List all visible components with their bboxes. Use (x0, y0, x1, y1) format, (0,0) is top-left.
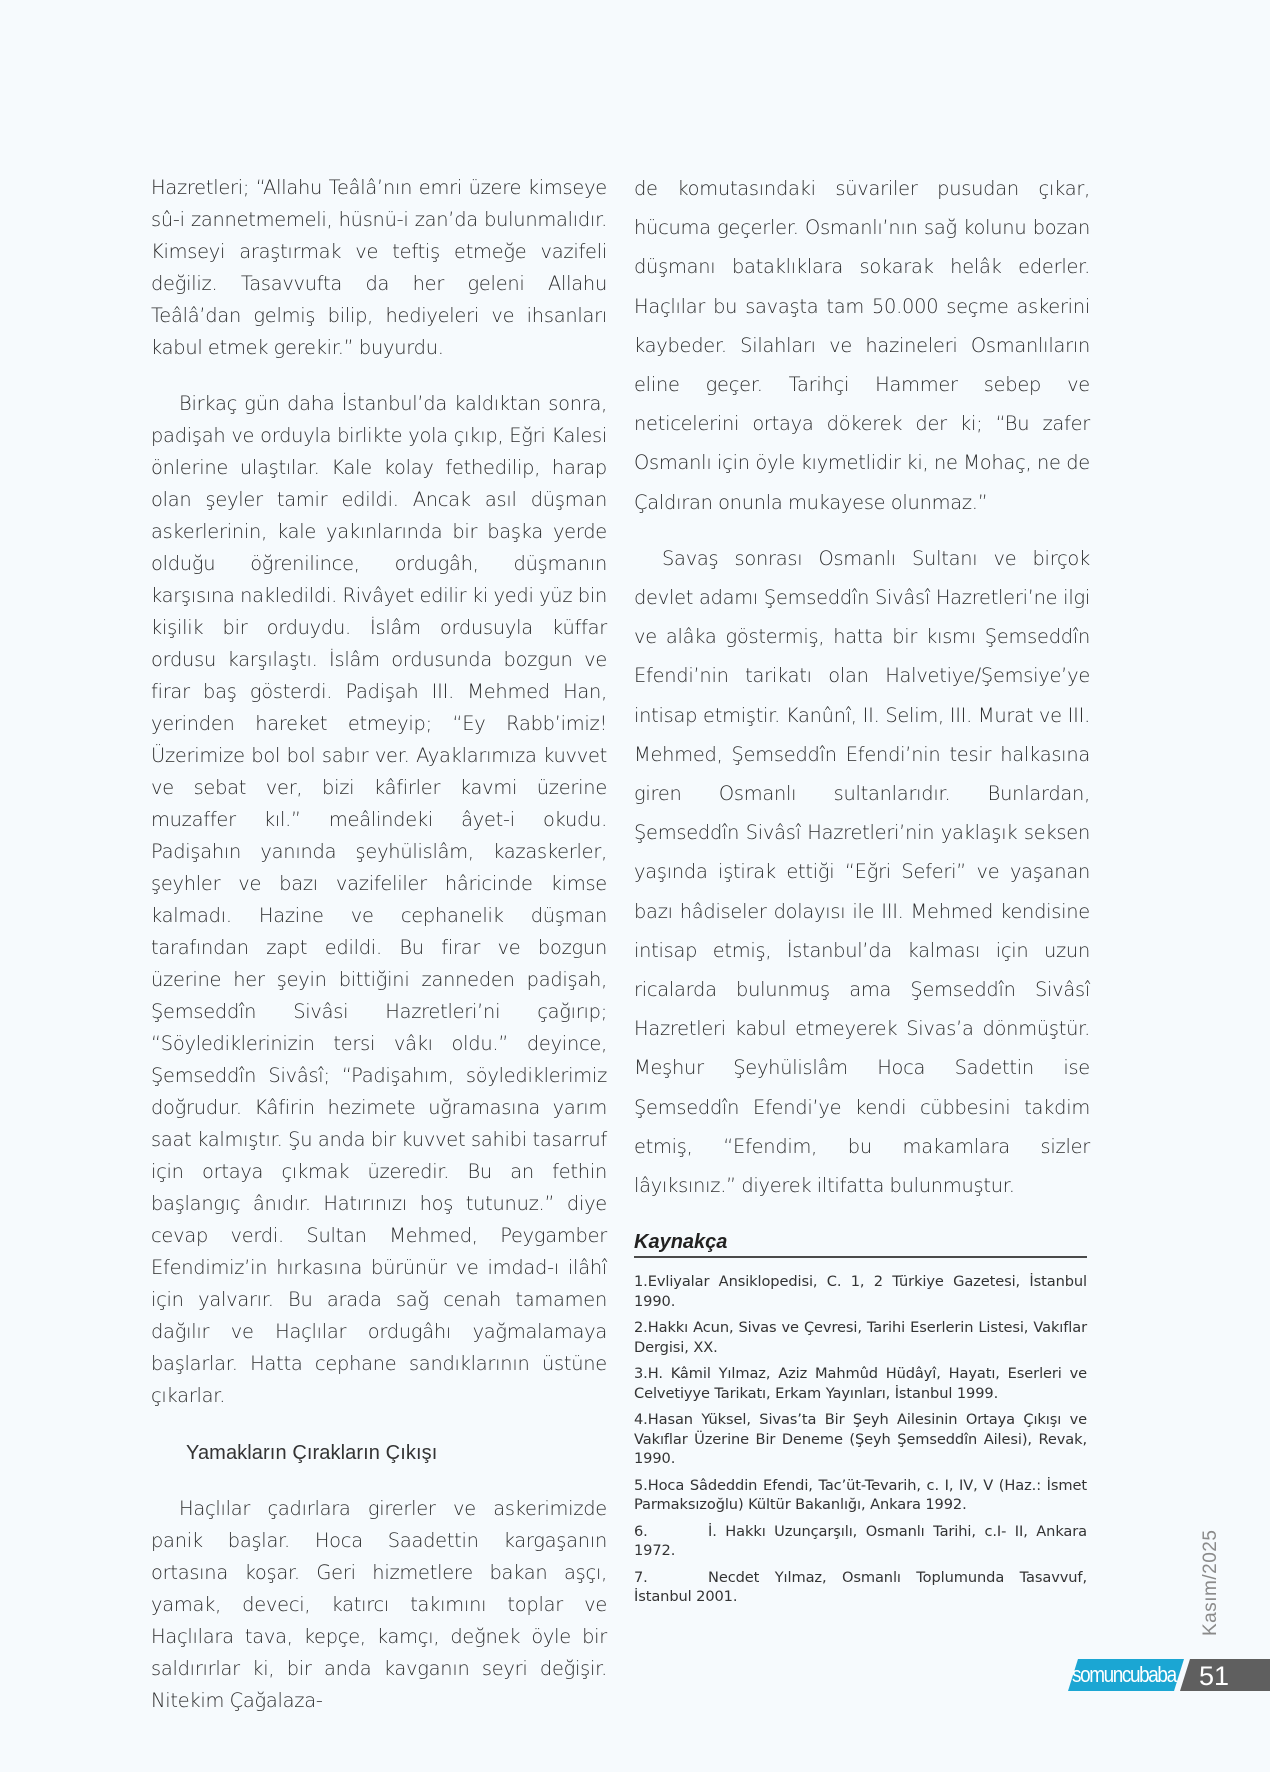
body-paragraph: Birkaç gün daha İstanbul’da kaldıktan so… (151, 388, 607, 1412)
issue-date: Kasım/2025 (1200, 1530, 1222, 1636)
reference-item: 6.İ. Hakkı Uzunçarşılı, Osmanlı Tarihi, … (634, 1522, 1087, 1561)
reference-item: 4.Hasan Yüksel, Sivas’ta Bir Şeyh Ailesi… (634, 1410, 1087, 1469)
body-paragraph: Savaş sonrası Osmanlı Sultanı ve birçok … (634, 539, 1090, 1205)
reference-item: 2.Hakkı Acun, Sivas ve Çevresi, Tarihi E… (634, 1318, 1087, 1357)
references-title: Kaynakça (634, 1231, 1087, 1258)
reference-number: 6. (634, 1522, 708, 1542)
body-paragraph: Hazretleri; “Allahu Teâlâ’nın emri üzere… (151, 172, 607, 364)
reference-item: 3.H. Kâmil Yılmaz, Aziz Mahmûd Hüdâyî, H… (634, 1364, 1087, 1403)
reference-number: 3. (634, 1365, 648, 1382)
references-list: 1.Evliyalar Ansiklopedisi, C. 1, 2 Türki… (634, 1272, 1087, 1607)
reference-number: 7. (634, 1568, 708, 1588)
reference-text: Evliyalar Ansiklopedisi, C. 1, 2 Türkiye… (634, 1273, 1087, 1310)
reference-number: 2. (634, 1319, 648, 1336)
right-column: de komutasındaki süvariler pusudan çıkar… (634, 169, 1090, 1614)
left-column: Hazretleri; “Allahu Teâlâ’nın emri üzere… (151, 172, 607, 1717)
reference-item: 7.Necdet Yılmaz, Osmanlı Toplumunda Tasa… (634, 1568, 1087, 1607)
body-paragraph: de komutasındaki süvariler pusudan çıkar… (634, 169, 1090, 522)
reference-number: 4. (634, 1411, 648, 1428)
paragraph-gap (634, 522, 1090, 539)
section-heading: Yamakların Çırakların Çıkışı (151, 1442, 607, 1465)
reference-text: Hoca Sâdeddin Efendi, Tac’üt-Tevarih, c.… (634, 1477, 1087, 1514)
page-number: 51 (1199, 1659, 1229, 1691)
reference-text: H. Kâmil Yılmaz, Aziz Mahmûd Hüdâyî, Hay… (634, 1365, 1087, 1402)
brand-logo-text: somuncubaba (1072, 1661, 1165, 1689)
reference-number: 5. (634, 1477, 648, 1494)
reference-item: 1.Evliyalar Ansiklopedisi, C. 1, 2 Türki… (634, 1272, 1087, 1311)
reference-number: 1. (634, 1273, 648, 1290)
body-paragraph: Haçlılar çadırlara girerler ve askerimiz… (151, 1493, 607, 1717)
reference-text: Hakkı Acun, Sivas ve Çevresi, Tarihi Ese… (634, 1319, 1087, 1356)
paragraph-gap (151, 364, 607, 388)
reference-text: Hasan Yüksel, Sivas’ta Bir Şeyh Ailesini… (634, 1411, 1087, 1467)
reference-item: 5.Hoca Sâdeddin Efendi, Tac’üt-Tevarih, … (634, 1476, 1087, 1515)
